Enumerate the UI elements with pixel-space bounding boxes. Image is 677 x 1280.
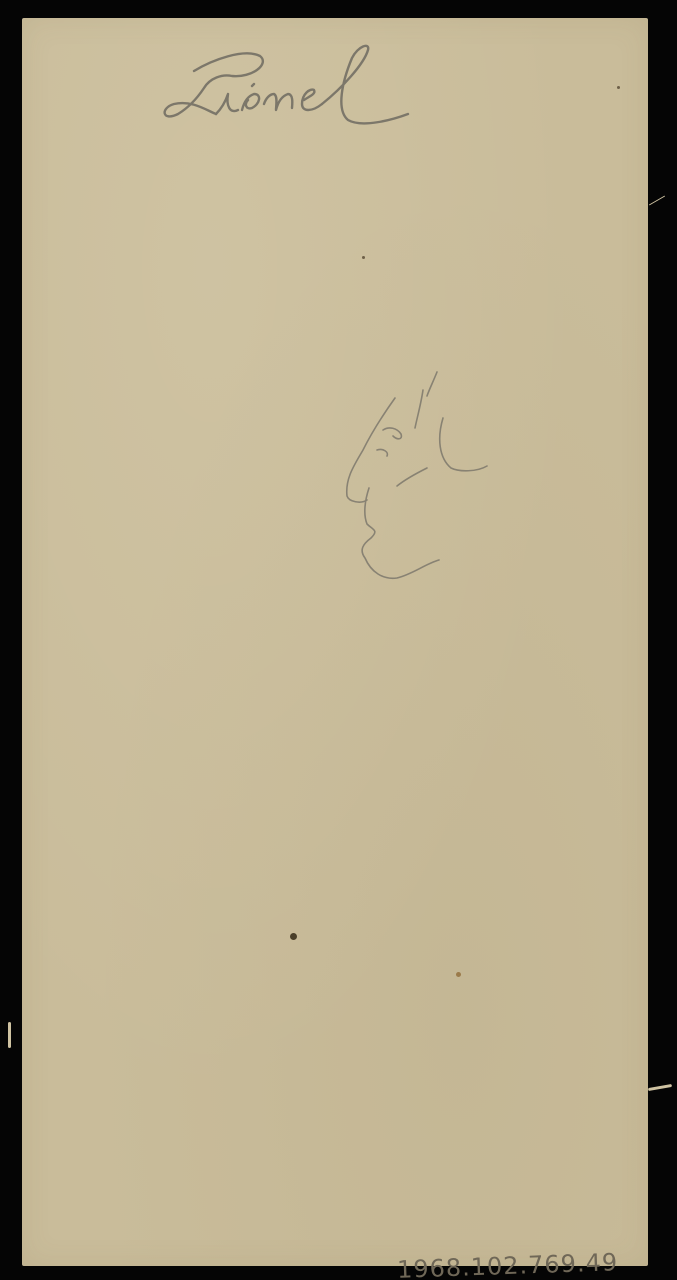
paper-fiber <box>649 196 665 206</box>
accession-number: 1968.102.769.49 <box>397 1248 619 1280</box>
paper-fiber <box>8 1022 11 1048</box>
paper-fiber <box>648 1084 672 1091</box>
paper-blemish <box>456 972 461 977</box>
signature-lionel: Lionel <box>152 38 422 138</box>
paper-blemish <box>617 86 620 89</box>
paper-sheet: Lionel 1968.102.769.49 <box>22 18 648 1266</box>
paper-blemish <box>362 256 365 259</box>
paper-blemish <box>290 933 297 940</box>
face-profile-sketch <box>327 368 537 588</box>
